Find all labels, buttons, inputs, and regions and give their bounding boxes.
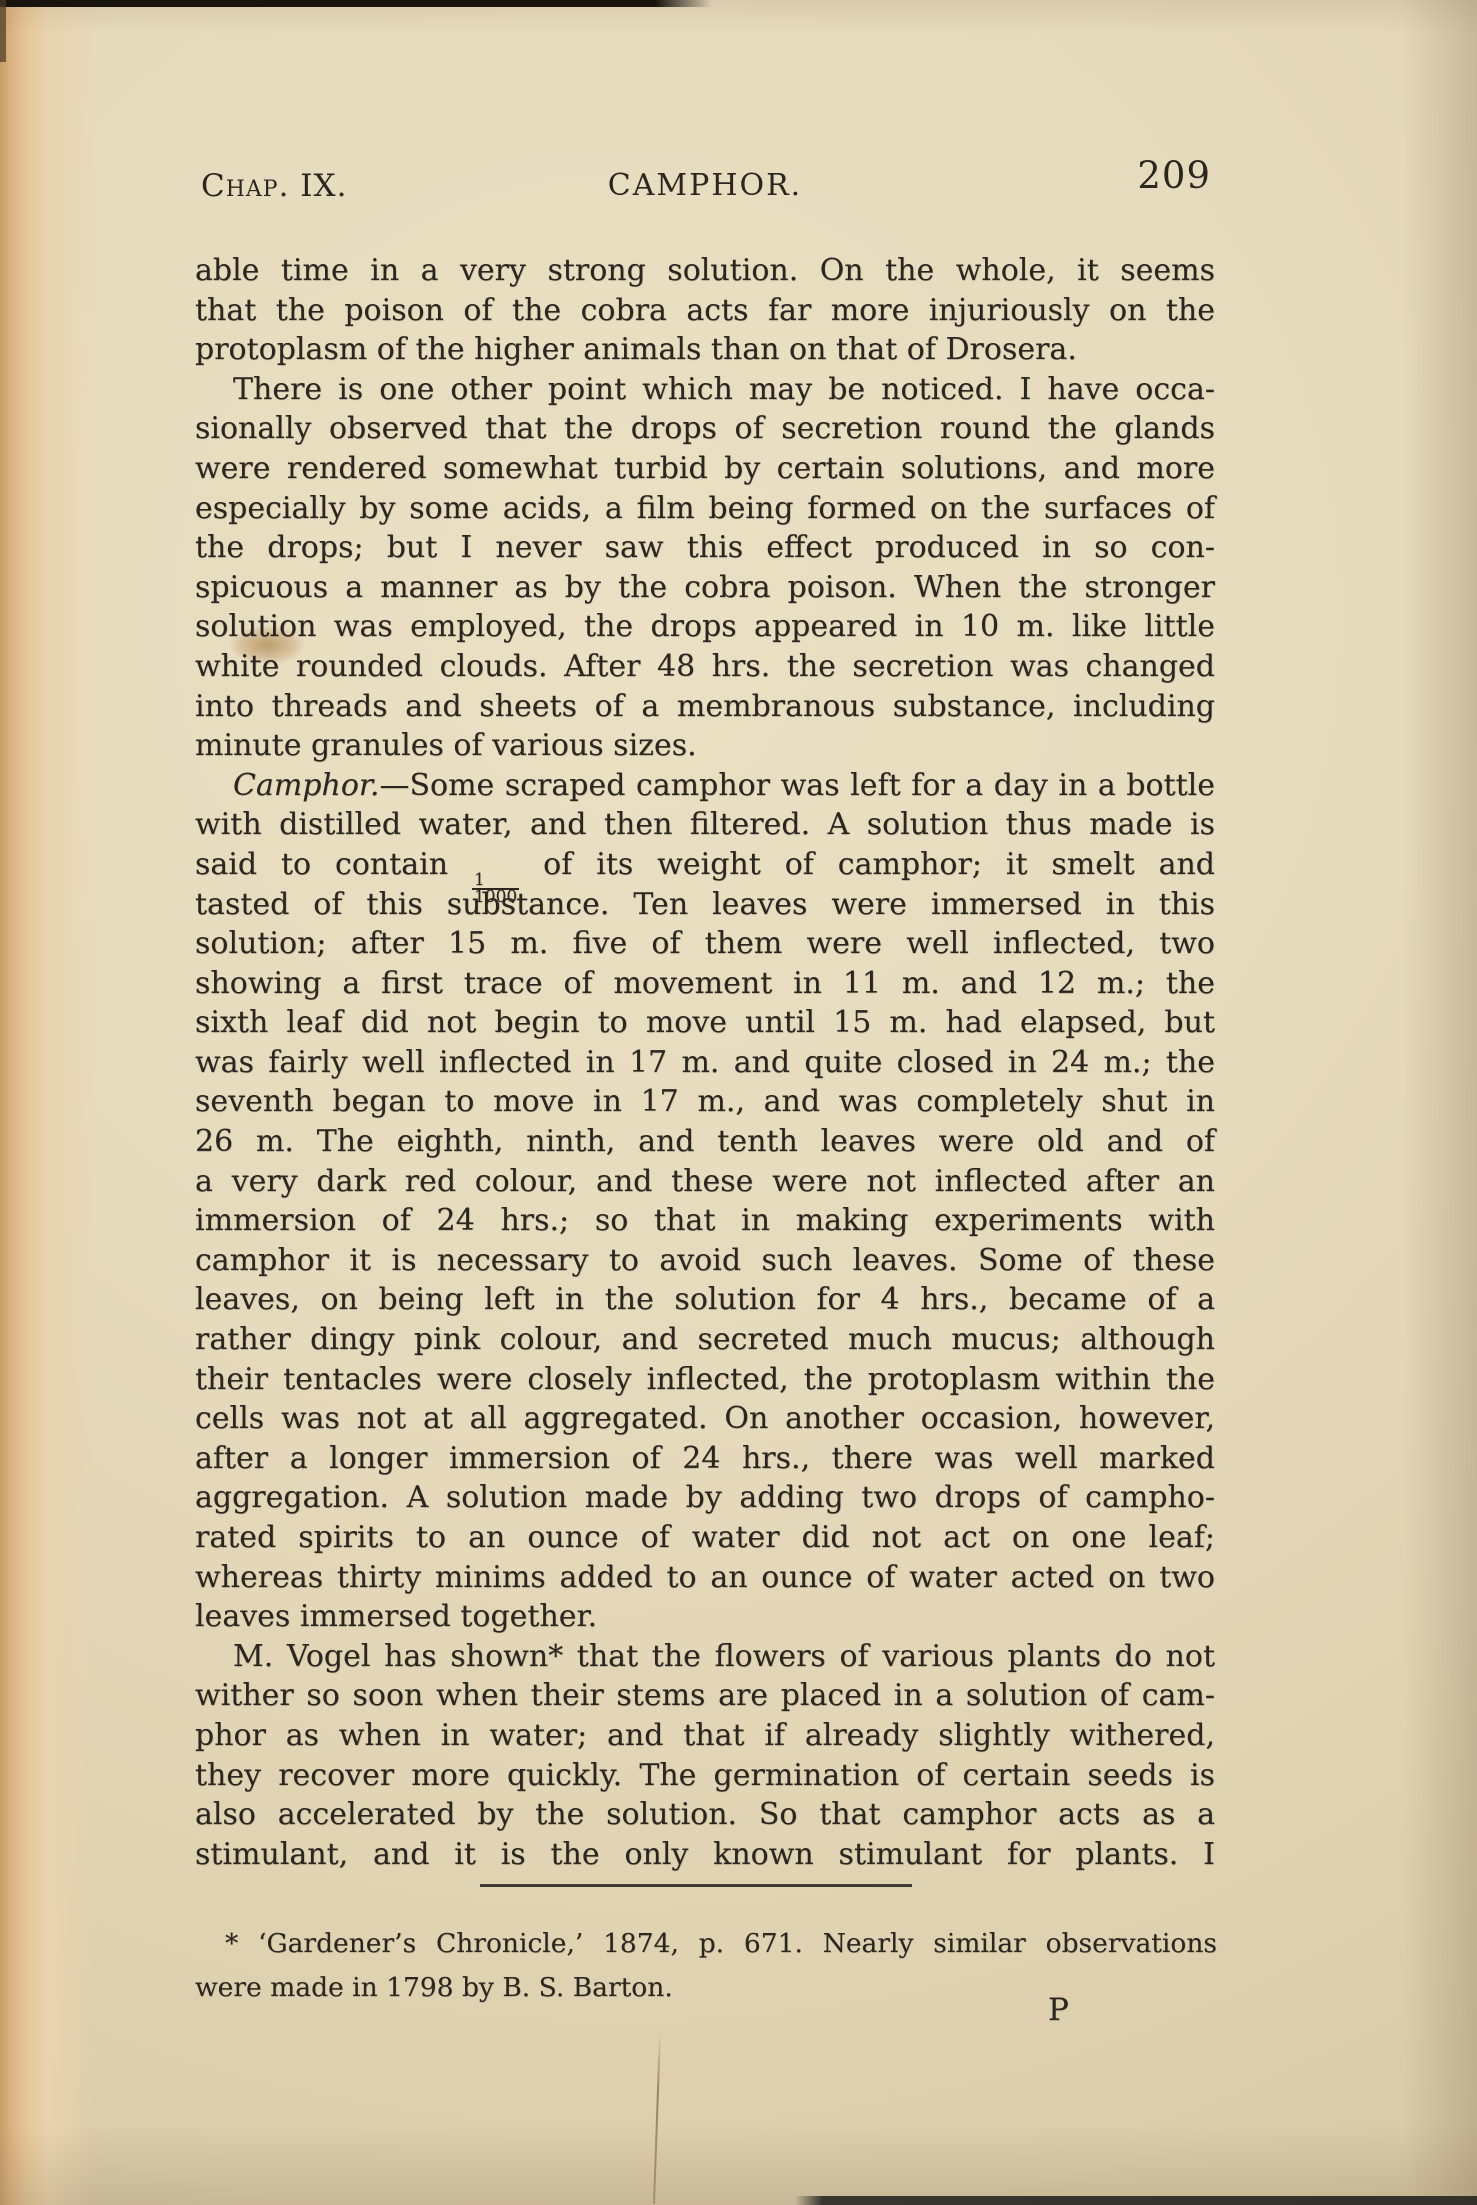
page-bottom-shading bbox=[0, 2125, 1477, 2205]
text-line: rated spirits to an ounce of water did n… bbox=[195, 1518, 1215, 1558]
chapter-label: Chap. IX. bbox=[201, 168, 347, 204]
text-line: solution; after 15 m. five of them were … bbox=[195, 924, 1215, 964]
book-page-scan: Chap. IX. CAMPHOR. 209 able time in a ve… bbox=[0, 0, 1477, 2205]
text-line: also accelerated by the solution. So tha… bbox=[195, 1795, 1215, 1835]
paragraph: M. Vogel has shown* that the flowers of … bbox=[195, 1637, 1215, 1875]
text-line: they recover more quickly. The germinati… bbox=[195, 1756, 1215, 1796]
text-line: immersion of 24 hrs.; so that in making … bbox=[195, 1201, 1215, 1241]
signature-mark: P bbox=[1048, 1992, 1070, 2028]
text-line: spicuous a manner as by the cobra poison… bbox=[195, 568, 1215, 608]
text-line: camphor it is necessary to avoid such le… bbox=[195, 1241, 1215, 1281]
text-line: leaves, on being left in the solution fo… bbox=[195, 1280, 1215, 1320]
text-line: white rounded clouds. After 48 hrs. the … bbox=[195, 647, 1215, 687]
text-line: was fairly well inflected in 17 m. and q… bbox=[195, 1043, 1215, 1083]
text-line: able time in a very strong solution. On … bbox=[195, 251, 1215, 291]
text-line: seventh began to move in 17 m., and was … bbox=[195, 1082, 1215, 1122]
page-number: 209 bbox=[1137, 154, 1211, 197]
text-line: M. Vogel has shown* that the flowers of … bbox=[195, 1637, 1215, 1677]
paragraph: There is one other point which may be no… bbox=[195, 370, 1215, 766]
scan-edge-top bbox=[0, 0, 712, 7]
text-line: Camphor.—Some scraped camphor was left f… bbox=[195, 766, 1215, 806]
text-line: cells was not at all aggregated. On anot… bbox=[195, 1399, 1215, 1439]
text-line: were rendered somewhat turbid by certain… bbox=[195, 449, 1215, 489]
text-line: solution was employed, the drops appeare… bbox=[195, 607, 1215, 647]
page-right-edge-shading bbox=[1402, 0, 1477, 2205]
footnote-rule bbox=[480, 1884, 912, 1887]
text-line: minute granules of various sizes. bbox=[195, 726, 1215, 766]
body-text: able time in a very strong solution. On … bbox=[195, 251, 1215, 1874]
text-line: into threads and sheets of a membranous … bbox=[195, 687, 1215, 727]
text-line: wither so soon when their stems are plac… bbox=[195, 1676, 1215, 1716]
text-line: 26 m. The eighth, ninth, and tenth leave… bbox=[195, 1122, 1215, 1162]
text-line: phor as when in water; and that if alrea… bbox=[195, 1716, 1215, 1756]
footnote-line: * ‘Gardener’s Chronicle,’ 1874, p. 671. … bbox=[195, 1922, 1217, 1966]
scan-edge-left bbox=[0, 0, 6, 62]
text-line: tasted of this substance. Ten leaves wer… bbox=[195, 885, 1215, 925]
text-line: There is one other point which may be no… bbox=[195, 370, 1215, 410]
paragraph: able time in a very strong solution. On … bbox=[195, 251, 1215, 370]
text-line: said to contain 11000 of its weight of c… bbox=[195, 845, 1215, 885]
scan-edge-bottom bbox=[795, 2196, 1477, 2205]
text-line: especially by some acids, a film being f… bbox=[195, 489, 1215, 529]
text-line: stimulant, and it is the only known stim… bbox=[195, 1835, 1215, 1875]
text-line: sionally observed that the drops of secr… bbox=[195, 409, 1215, 449]
text-line: whereas thirty minims added to an ounce … bbox=[195, 1558, 1215, 1598]
page-header: Chap. IX. CAMPHOR. 209 bbox=[195, 162, 1215, 206]
text-line: with distilled water, and then filtered.… bbox=[195, 805, 1215, 845]
text-line: a very dark red colour, and these were n… bbox=[195, 1162, 1215, 1202]
text-line: the drops; but I never saw this effect p… bbox=[195, 528, 1215, 568]
text-line: showing a first trace of movement in 11 … bbox=[195, 964, 1215, 1004]
running-title: CAMPHOR. bbox=[608, 168, 802, 203]
page-gutter-shading bbox=[0, 0, 95, 2205]
paragraph: Camphor.—Some scraped camphor was left f… bbox=[195, 766, 1215, 1637]
text-line: after a longer immersion of 24 hrs., the… bbox=[195, 1439, 1215, 1479]
text-line: sixth leaf did not begin to move until 1… bbox=[195, 1003, 1215, 1043]
text-line: protoplasm of the higher animals than on… bbox=[195, 330, 1215, 370]
text-line: rather dingy pink colour, and secreted m… bbox=[195, 1320, 1215, 1360]
text-line: leaves immersed together. bbox=[195, 1597, 1215, 1637]
text-line: aggregation. A solution made by adding t… bbox=[195, 1478, 1215, 1518]
text-line: their tentacles were closely inflected, … bbox=[195, 1360, 1215, 1400]
text-line: that the poison of the cobra acts far mo… bbox=[195, 291, 1215, 331]
